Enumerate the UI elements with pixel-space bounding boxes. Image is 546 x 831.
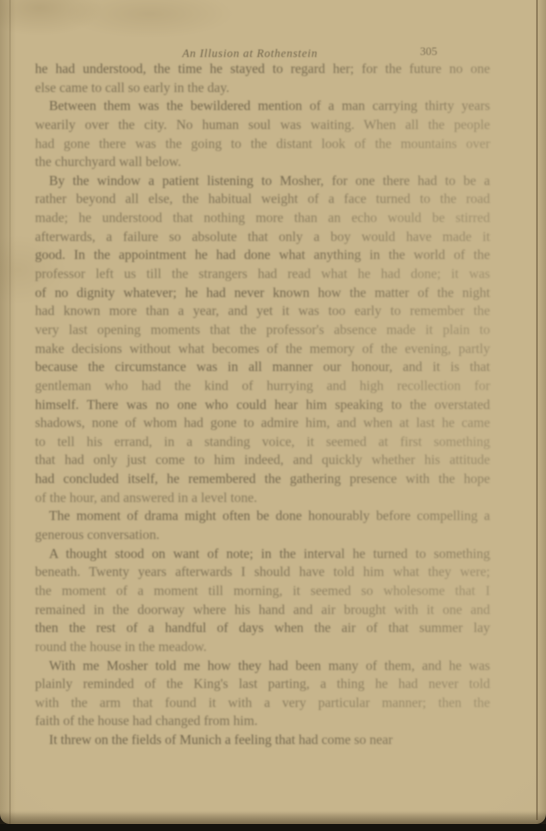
text-line: professor left us till the strangers had… xyxy=(35,265,490,284)
text-line: afterwards, a failure so absolute that o… xyxy=(35,228,490,247)
text-line: make decisions without what becomes of t… xyxy=(35,340,490,359)
text-line: A thought stood on want of note; in the … xyxy=(35,545,490,564)
paper-page: An Illusion at Rothenstein 305 he had un… xyxy=(0,0,546,824)
text-line: beneath. Twenty years afterwards I shoul… xyxy=(35,563,490,582)
text-line: else came to call so early in the day. xyxy=(35,79,490,98)
paragraph: It threw on the fields of Munich a feeli… xyxy=(35,731,490,750)
gutter-shadow-line xyxy=(9,0,11,824)
page-edge-line xyxy=(536,0,538,820)
paragraph: The moment of drama might often be done … xyxy=(35,507,490,544)
text-line: plainly reminded of the King's last part… xyxy=(35,675,490,694)
text-line: himself. There was no one who could hear… xyxy=(35,396,490,415)
text-line: The moment of drama might often be done … xyxy=(35,507,490,526)
text-line: With me Mosher told me how they had been… xyxy=(35,657,490,676)
text-line: had concluded itself, he remembered the … xyxy=(35,470,490,489)
text-line: wearily over the city. No human soul was… xyxy=(35,116,490,135)
text-line: faith of the house had changed from him. xyxy=(35,712,490,731)
text-line: with the arm that found it with a very p… xyxy=(35,694,490,713)
running-title: An Illusion at Rothenstein xyxy=(182,48,317,60)
text-line: to tell his errand, in a standing voice,… xyxy=(35,433,490,452)
text-line: generous conversation. xyxy=(35,526,490,545)
text-line: made; he understood that nothing more th… xyxy=(35,209,490,228)
page-number: 305 xyxy=(420,46,437,58)
text-line: then the rest of a handful of days when … xyxy=(35,619,490,638)
text-line: rather beyond all else, the habitual wei… xyxy=(35,190,490,209)
text-line: It threw on the fields of Munich a feeli… xyxy=(35,731,490,750)
text-line: had known more than a year, and yet it w… xyxy=(35,302,490,321)
paragraph: he had understood, the time he stayed to… xyxy=(35,60,490,97)
text-line: the moment of a moment till morning, it … xyxy=(35,582,490,601)
text-line: gentleman who had the kind of hurrying a… xyxy=(35,377,490,396)
text-line: of the hour, and answered in a level ton… xyxy=(35,489,490,508)
text-line: good. In the appointment he had done wha… xyxy=(35,246,490,265)
body-text-block: he had understood, the time he stayed to… xyxy=(35,60,490,750)
text-line: By the window a patient listening to Mos… xyxy=(35,172,490,191)
paragraph: Between them was the bewildered mention … xyxy=(35,97,490,172)
text-line: remained in the doorway where his hand a… xyxy=(35,601,490,620)
text-line: Between them was the bewildered mention … xyxy=(35,97,490,116)
scanned-book-page-photo: An Illusion at Rothenstein 305 he had un… xyxy=(0,0,546,831)
text-line: the churchyard wall below. xyxy=(35,153,490,172)
text-line: very last opening moments that the profe… xyxy=(35,321,490,340)
text-line: round the house in the meadow. xyxy=(35,638,490,657)
text-line: of no dignity whatever; he had never kno… xyxy=(35,284,490,303)
bottom-edge-shadow xyxy=(0,812,546,824)
paragraph: With me Mosher told me how they had been… xyxy=(35,657,490,732)
text-line: shadows, none of whom had gone to admire… xyxy=(35,414,490,433)
paragraph: By the window a patient listening to Mos… xyxy=(35,172,490,508)
text-line: he had understood, the time he stayed to… xyxy=(35,60,490,79)
text-line: had gone there was the going to the dist… xyxy=(35,135,490,154)
text-line: that had only just come to him indeed, a… xyxy=(35,451,490,470)
paragraph: A thought stood on want of note; in the … xyxy=(35,545,490,657)
text-line: because the circumstance was in all mann… xyxy=(35,358,490,377)
